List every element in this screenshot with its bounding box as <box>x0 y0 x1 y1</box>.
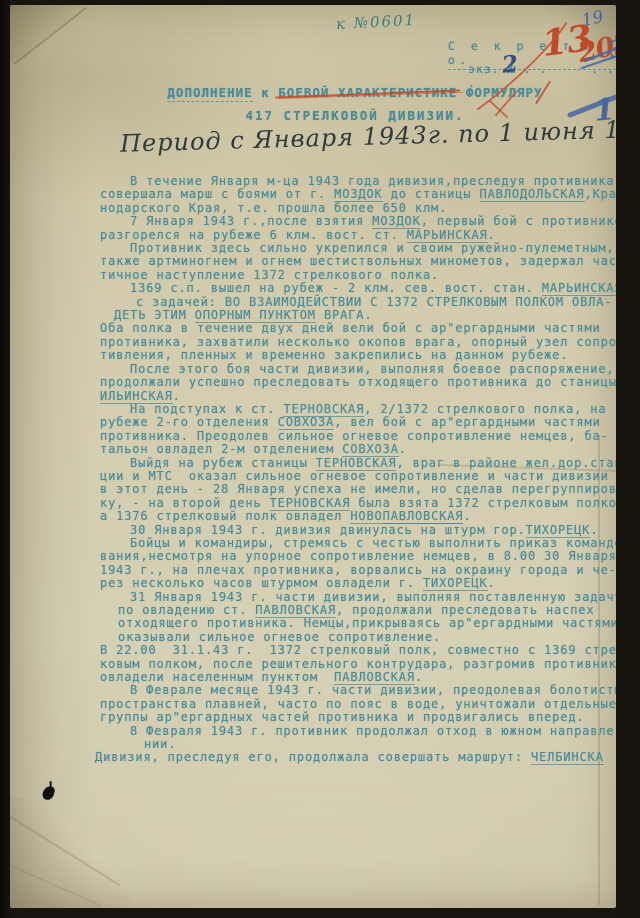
body-line: Оба полка в течение двух дней вели бой с… <box>10 321 616 334</box>
body-line: Дивизия, преследуя его, продолжала совер… <box>10 750 616 763</box>
body-line: В 22.00 31.1.43 г. 1372 стрелковый полк,… <box>10 643 616 656</box>
body-line: тальон овладел 2-м отделением СОВХОЗА. <box>10 442 616 455</box>
body-line: ИЛЬИНСКАЯ. <box>10 389 616 402</box>
body-line: ковым полком, после решительного контруд… <box>10 657 616 670</box>
body-line: ДЕТЬ ЭТИМ ОПОРНЫМ ПУНКТОМ ВРАГА. <box>10 308 616 321</box>
body-line: На подступах к ст. ТЕРНОВСКАЯ, 2/1372 ст… <box>10 402 616 415</box>
body-line: овладели населенным пунктом ПАВЛОВСКАЯ. <box>10 670 616 683</box>
blue-pencil-number-19: 19 <box>580 9 605 30</box>
body-line: 8 Февраля 1943 г. противник продолжал от… <box>10 724 616 737</box>
body-line: противника. Преодолев сильное огневое со… <box>10 429 616 442</box>
body-line: по овладению ст. ПАВЛОВСКАЯ, продолжали … <box>10 603 616 616</box>
body-line: с задачей: ВО ВЗАИМОДЕЙСТВИИ С 1372 СТРЕ… <box>10 295 616 308</box>
title-word-form: ФОРМУЛЯРУ <box>466 85 543 100</box>
body-line: 1369 с.п. вышел на рубеж - 2 клм. сев. в… <box>10 281 616 294</box>
body-line: 7 Января 1943 г.,после взятия МОЗДОК, пе… <box>10 214 616 227</box>
body-line: в этот день - 28 Января успеха не имели,… <box>10 482 616 495</box>
body-line: нии. <box>10 737 616 750</box>
body-line: 31 Января 1943 г. части дивизии, выполня… <box>10 590 616 603</box>
body-line: также артминогнем и огнем шестиствольных… <box>10 254 616 267</box>
body-line: 30 Января 1943 г. дивизия двинулась на ш… <box>10 523 616 536</box>
body-line: После этого боя части дивизии, выполняя … <box>10 362 616 375</box>
body-line: вания,несмотря на упорное сопротивление … <box>10 549 616 562</box>
body-line: рубеже 2-го отделения СОВХОЗА, вел бой с… <box>10 415 616 428</box>
document-body: В течение Января м-ца 1943 года дивизия,… <box>10 174 616 764</box>
body-line: тичное наступление 1372 стрелкового полк… <box>10 268 616 281</box>
body-line: нодарского Края, т.е. прошла более 650 к… <box>10 201 616 214</box>
fold-corner-bottom-left <box>10 798 130 908</box>
body-line: 1943 г., на плечах противника, ворвались… <box>10 563 616 576</box>
body-line: В Феврале месяце 1943 г. части дивизии, … <box>10 683 616 696</box>
body-line: Противник здесь сильно укрепился и своим… <box>10 241 616 254</box>
body-line: разгорелся на рубеже 6 клм. вост. ст. МА… <box>10 228 616 241</box>
body-line: В течение Января м-ца 1943 года дивизия,… <box>10 174 616 187</box>
fold-corner-top-left <box>10 5 88 65</box>
title-word-addition: ДОПОЛНЕНИЕ <box>167 85 252 102</box>
document-paper: к №0601 С е к р е т н о. экз. № . . . . … <box>10 5 616 908</box>
body-line: а 1376 стрелковый полк овладел НОВОПАВЛО… <box>10 509 616 522</box>
scanned-document-page: { "colors": {"ink": "#4a8b98", "red": "#… <box>0 0 640 918</box>
title-struck-text: БОЕВОЙ ХАРАКТЕРИСТИКЕ <box>278 85 457 100</box>
body-line: Выйдя на рубеж станицы ТЕРНОВСКАЯ, враг … <box>10 456 616 469</box>
archive-number-note: к №0601 <box>336 11 417 33</box>
copy-number-handwritten: 2 <box>501 50 520 79</box>
body-line: продолжали успешно преследовать отходяще… <box>10 375 616 388</box>
body-line: пространства плавней, часто по пояс в во… <box>10 697 616 710</box>
body-line: тивления, пленных и временно закрепились… <box>10 348 616 361</box>
title-word-to: к <box>261 85 270 100</box>
body-line: ку, - на второй день ТЕРНОВСКАЯ была взя… <box>10 496 616 509</box>
document-title: ДОПОЛНЕНИЕ к БОЕВОЙ ХАРАКТЕРИСТИКЕ ФОРМУ… <box>140 85 570 100</box>
body-line: противника, захватили несколько окопов в… <box>10 335 616 348</box>
body-line: группы ар"ергардных частей противника и … <box>10 710 616 723</box>
body-line: рез несколько часов штурмом овладели г. … <box>10 576 616 589</box>
body-line: Бойцы и командиры, стремясь с честью вып… <box>10 536 616 549</box>
body-line: отходящего противника. Немцы,прикрываясь… <box>10 616 616 629</box>
body-line: оказывали сильное огневое сопротивление. <box>10 630 616 643</box>
body-line: совершала марш с боями от г. МОЗДОК до с… <box>10 187 616 200</box>
body-line: ции и МТС оказал сильное огневое сопроти… <box>10 469 616 482</box>
